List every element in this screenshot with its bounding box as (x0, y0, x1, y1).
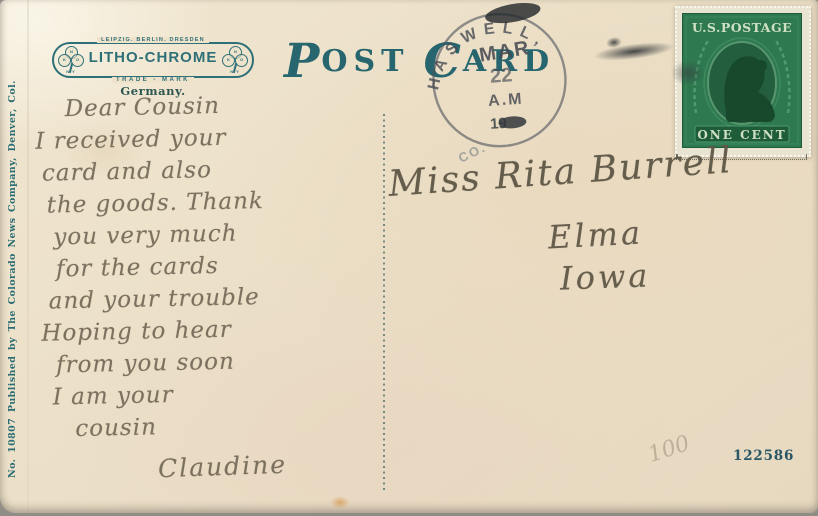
handwritten-message: Dear Cousin I received your card and als… (34, 86, 401, 445)
portrait-hair (755, 60, 767, 72)
message-line: cousin (41, 406, 402, 446)
emblem-trademark-label: TRADE - MARK (52, 77, 254, 83)
postage-stamp: U.S.POSTAGE ONE CENT (675, 6, 811, 157)
litho-chrome-emblem: LEIPZIG. BERLIN. DRESDEN LITHO-CHROME TR… (52, 38, 254, 82)
cancellation-smudge (671, 60, 705, 86)
clover-leaf: K (58, 54, 71, 67)
stamp-top-label: U.S.POSTAGE (692, 20, 792, 35)
postmark-meridiem: A.M (488, 91, 524, 110)
address-divider-line (383, 114, 385, 491)
signature: Claudine (158, 450, 288, 483)
stamp-bottom-label: ONE CENT (697, 128, 786, 142)
paper-stain-spot (330, 496, 350, 509)
clover-base-letters: N Y (226, 69, 244, 74)
title-rest-ost: OST (321, 44, 409, 79)
paper-crease (27, 0, 29, 513)
address-state: Iowa (559, 256, 651, 297)
publisher-imprint: No. 10807 Published by The Colorado News… (7, 42, 18, 478)
clover-leaf: O (235, 54, 248, 67)
address-city: Elma (547, 214, 644, 257)
clover-icon: N K O N Y (222, 46, 248, 74)
clover-leaf: O (71, 54, 84, 67)
postcard-back: No. 10807 Published by The Colorado News… (0, 0, 818, 513)
emblem-cities-label: LEIPZIG. BERLIN. DRESDEN (52, 37, 254, 43)
pencil-note: 100 (645, 431, 693, 468)
clover-leaf: K (222, 54, 235, 67)
clover-icon: N K O N Y (58, 46, 84, 74)
title-initial-p: P (284, 34, 321, 89)
serial-number: 122586 (733, 448, 794, 464)
clover-base-letters: N Y (62, 69, 80, 74)
postmark-day: 22 (489, 64, 513, 87)
postmark-month: MAR (478, 37, 532, 67)
